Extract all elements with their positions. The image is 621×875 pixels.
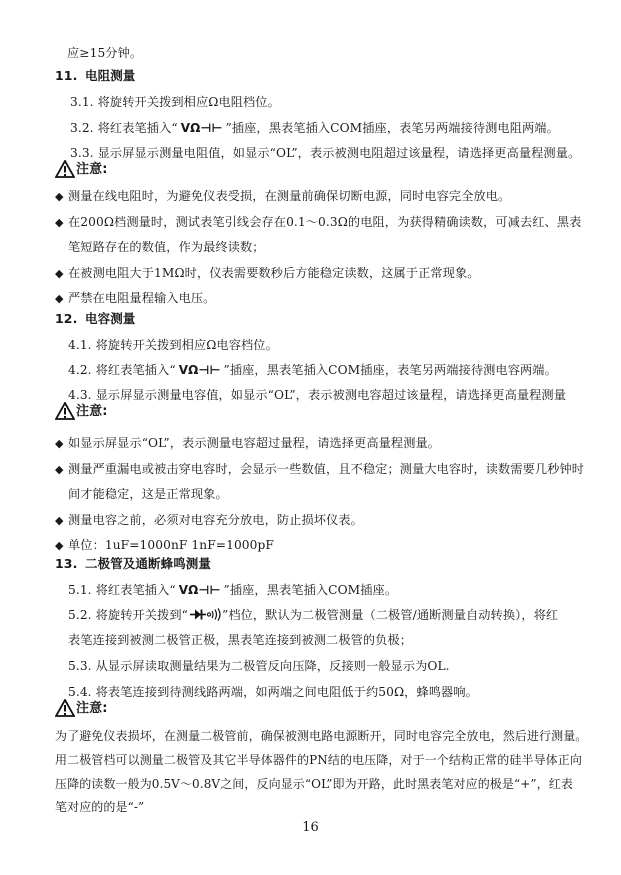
step-3-3: 3.3. 显示屏显示测量电阻值，如显示“OL”，表示被测电阻超过该量程，请选择更… (70, 145, 580, 161)
note-label: 注意: (76, 701, 108, 717)
step-label: 3.3. (70, 146, 94, 160)
note-item: ◆测量严重漏电或被击穿电容时，会显示一些数值，且不稳定；测量大电容时，读数需要几… (55, 461, 584, 478)
step-text-before: 将旋转开关拨到“ (96, 608, 188, 622)
note-item: ◆在200Ω档测量时，测试表笔引线会存在0.1～0.3Ω的电阻，为获得精确读数，… (55, 214, 581, 231)
step-label: 4.2. (68, 363, 92, 377)
step-text: 从显示屏读取测量结果为二极管反向压降，反接则一般显示为OL. (96, 659, 450, 673)
step-5-2-continuation: 表笔连接到被测二极管正极，黑表笔连接到被测二极管的负极； (68, 632, 412, 648)
step-4-2: 4.2. 将红表笔插入“VΩ⊣⊢”插座，黑表笔插入COM插座，表笔另两端接待测电… (68, 362, 557, 378)
section-number: 13. (55, 556, 85, 572)
step-text-after: ”插座，黑表笔插入COM插座，表笔另两端接待测电容两端。 (224, 363, 557, 377)
note-heading-12: 注意: (55, 402, 108, 420)
note-text: 单位：1uF=1000nF 1nF=1000pF (68, 538, 274, 552)
section-title: 电阻测量 (85, 68, 135, 83)
note-paragraph-line: 笔对应的的是“-” (55, 799, 144, 815)
note-continuation: 笔短路存在的数值，作为最终读数； (68, 239, 265, 255)
step-4-1: 4.1. 将旋转开关拨到相应Ω电容档位。 (68, 337, 278, 353)
step-5-1: 5.1. 将红表笔插入“VΩ⊣⊢”插座，黑表笔插入COM插座。 (68, 582, 397, 598)
step-text: 显示屏显示测量电容值，如显示“OL”，表示被测电容超过该量程，请选择更高量程测量 (96, 388, 566, 402)
note-item: ◆单位：1uF=1000nF 1nF=1000pF (55, 537, 274, 554)
note-item: ◆测量电容之前，必须对电容充分放电，防止损坏仪表。 (55, 512, 363, 529)
diamond-bullet-icon: ◆ (55, 513, 68, 529)
warning-triangle-icon (55, 160, 75, 178)
step-text-before: 将红表笔插入“ (98, 121, 178, 135)
step-text-before: 将红表笔插入“ (96, 363, 176, 377)
diamond-bullet-icon: ◆ (55, 291, 68, 307)
section-number: 11. (55, 68, 85, 84)
step-label: 5.3. (68, 659, 92, 673)
note-item: ◆如显示屏显示“OL”，表示测量电容超过量程，请选择更高量程测量。 (55, 435, 440, 452)
step-text-after: ”档位，默认为二极管测量（二极管/通断测量自动转换），将红 (222, 608, 558, 622)
diamond-bullet-icon: ◆ (55, 436, 68, 452)
step-text-before: 将红表笔插入“ (96, 583, 176, 597)
step-label: 3.1. (70, 95, 94, 109)
note-text: 测量电容之前，必须对电容充分放电，防止损坏仪表。 (68, 513, 363, 527)
note-text: 测量在线电阻时，为避免仪表受损，在测量前确保切断电源，同时电容完全放电。 (68, 189, 510, 203)
note-continuation: 间才能稳定，这是正常现象。 (68, 486, 228, 502)
diamond-bullet-icon: ◆ (55, 189, 68, 205)
section-number: 12. (55, 311, 85, 327)
diamond-bullet-icon: ◆ (55, 266, 68, 282)
section-title: 二极管及通断蜂鸣测量 (85, 556, 211, 571)
note-paragraph-line: 用二极管档可以测量二极管及其它半导体器件的PN结的电压降，对于一个结构正常的硅半… (55, 752, 582, 768)
note-text: 测量严重漏电或被击穿电容时，会显示一些数值，且不稳定；测量大电容时，读数需要几秒… (68, 462, 584, 476)
note-text: 如显示屏显示“OL”，表示测量电容超过量程，请选择更高量程测量。 (68, 436, 440, 450)
step-5-4: 5.4. 将表笔连接到待测线路两端，如两端之间电阻低于约50Ω，蜂鸣器响。 (68, 684, 478, 700)
note-paragraph-line: 为了避免仪表损坏，在测量二极管前，确保被测电路电源断开，同时电容完全放电，然后进… (55, 728, 587, 744)
step-label: 3.2. (70, 121, 94, 135)
step-3-2: 3.2. 将红表笔插入“VΩ⊣⊢”插座，黑表笔插入COM插座，表笔另两端接待测电… (70, 120, 559, 136)
step-text: 将表笔连接到待测线路两端，如两端之间电阻低于约50Ω，蜂鸣器响。 (96, 685, 478, 699)
diamond-bullet-icon: ◆ (55, 538, 68, 554)
step-label: 5.4. (68, 685, 92, 699)
step-label: 4.3. (68, 388, 92, 402)
note-item: ◆严禁在电阻量程输入电压。 (55, 290, 215, 307)
note-text: 在200Ω档测量时，测试表笔引线会存在0.1～0.3Ω的电阻，为获得精确读数，可… (68, 215, 581, 229)
v-ohm-cap-terminal-icon: VΩ⊣⊢ (176, 582, 224, 598)
step-label: 5.1. (68, 583, 92, 597)
note-text: 严禁在电阻量程输入电压。 (68, 291, 215, 305)
note-paragraph-line: 压降的读数一般为0.5V～0.8V之间，反向显示“OL”即为开路，此时黑表笔对应… (55, 776, 573, 792)
diamond-bullet-icon: ◆ (55, 462, 68, 478)
step-label: 5.2. (68, 608, 92, 622)
step-3-1: 3.1. 将旋转开关拨到相应Ω电阻档位。 (70, 94, 280, 110)
warning-triangle-icon (55, 402, 75, 420)
note-label: 注意: (76, 162, 108, 178)
note-heading-13: 注意: (55, 699, 108, 717)
note-item: ◆测量在线电阻时，为避免仪表受损，在测量前确保切断电源，同时电容完全放电。 (55, 188, 510, 205)
note-label: 注意: (76, 404, 108, 420)
section-11-heading: 11.电阻测量 (55, 68, 135, 84)
step-4-3: 4.3. 显示屏显示测量电容值，如显示“OL”，表示被测电容超过该量程，请选择更… (68, 387, 566, 403)
section-13-heading: 13.二极管及通断蜂鸣测量 (55, 556, 211, 572)
section-12-heading: 12.电容测量 (55, 311, 135, 327)
step-text: 将旋转开关拨到相应Ω电阻档位。 (98, 95, 280, 109)
section-title: 电容测量 (85, 311, 135, 326)
warning-triangle-icon (55, 699, 75, 717)
diamond-bullet-icon: ◆ (55, 215, 68, 231)
note-item: ◆在被测电阻大于1MΩ时，仪表需要数秒后方能稳定读数，这属于正常现象。 (55, 265, 480, 282)
v-ohm-cap-terminal-icon: VΩ⊣⊢ (176, 362, 224, 378)
note-text: 在被测电阻大于1MΩ时，仪表需要数秒后方能稳定读数，这属于正常现象。 (68, 266, 480, 280)
diode-buzzer-icon (188, 608, 222, 621)
step-text: 将旋转开关拨到相应Ω电容档位。 (96, 338, 278, 352)
note-heading-11: 注意: (55, 160, 108, 178)
intro-tail-text: 应≥15分钟。 (67, 45, 142, 61)
page-number: 16 (0, 820, 621, 835)
step-text-after: ”插座，黑表笔插入COM插座，表笔另两端接待测电阻两端。 (226, 121, 559, 135)
step-5-2: 5.2. 将旋转开关拨到“”档位，默认为二极管测量（二极管/通断测量自动转换），… (68, 607, 558, 623)
step-text: 显示屏显示测量电阻值，如显示“OL”，表示被测电阻超过该量程，请选择更高量程测量… (98, 146, 581, 160)
step-5-3: 5.3. 从显示屏读取测量结果为二极管反向压降，反接则一般显示为OL. (68, 658, 450, 674)
step-label: 4.1. (68, 338, 92, 352)
step-text-after: ”插座，黑表笔插入COM插座。 (224, 583, 398, 597)
v-ohm-cap-terminal-icon: VΩ⊣⊢ (178, 120, 226, 136)
